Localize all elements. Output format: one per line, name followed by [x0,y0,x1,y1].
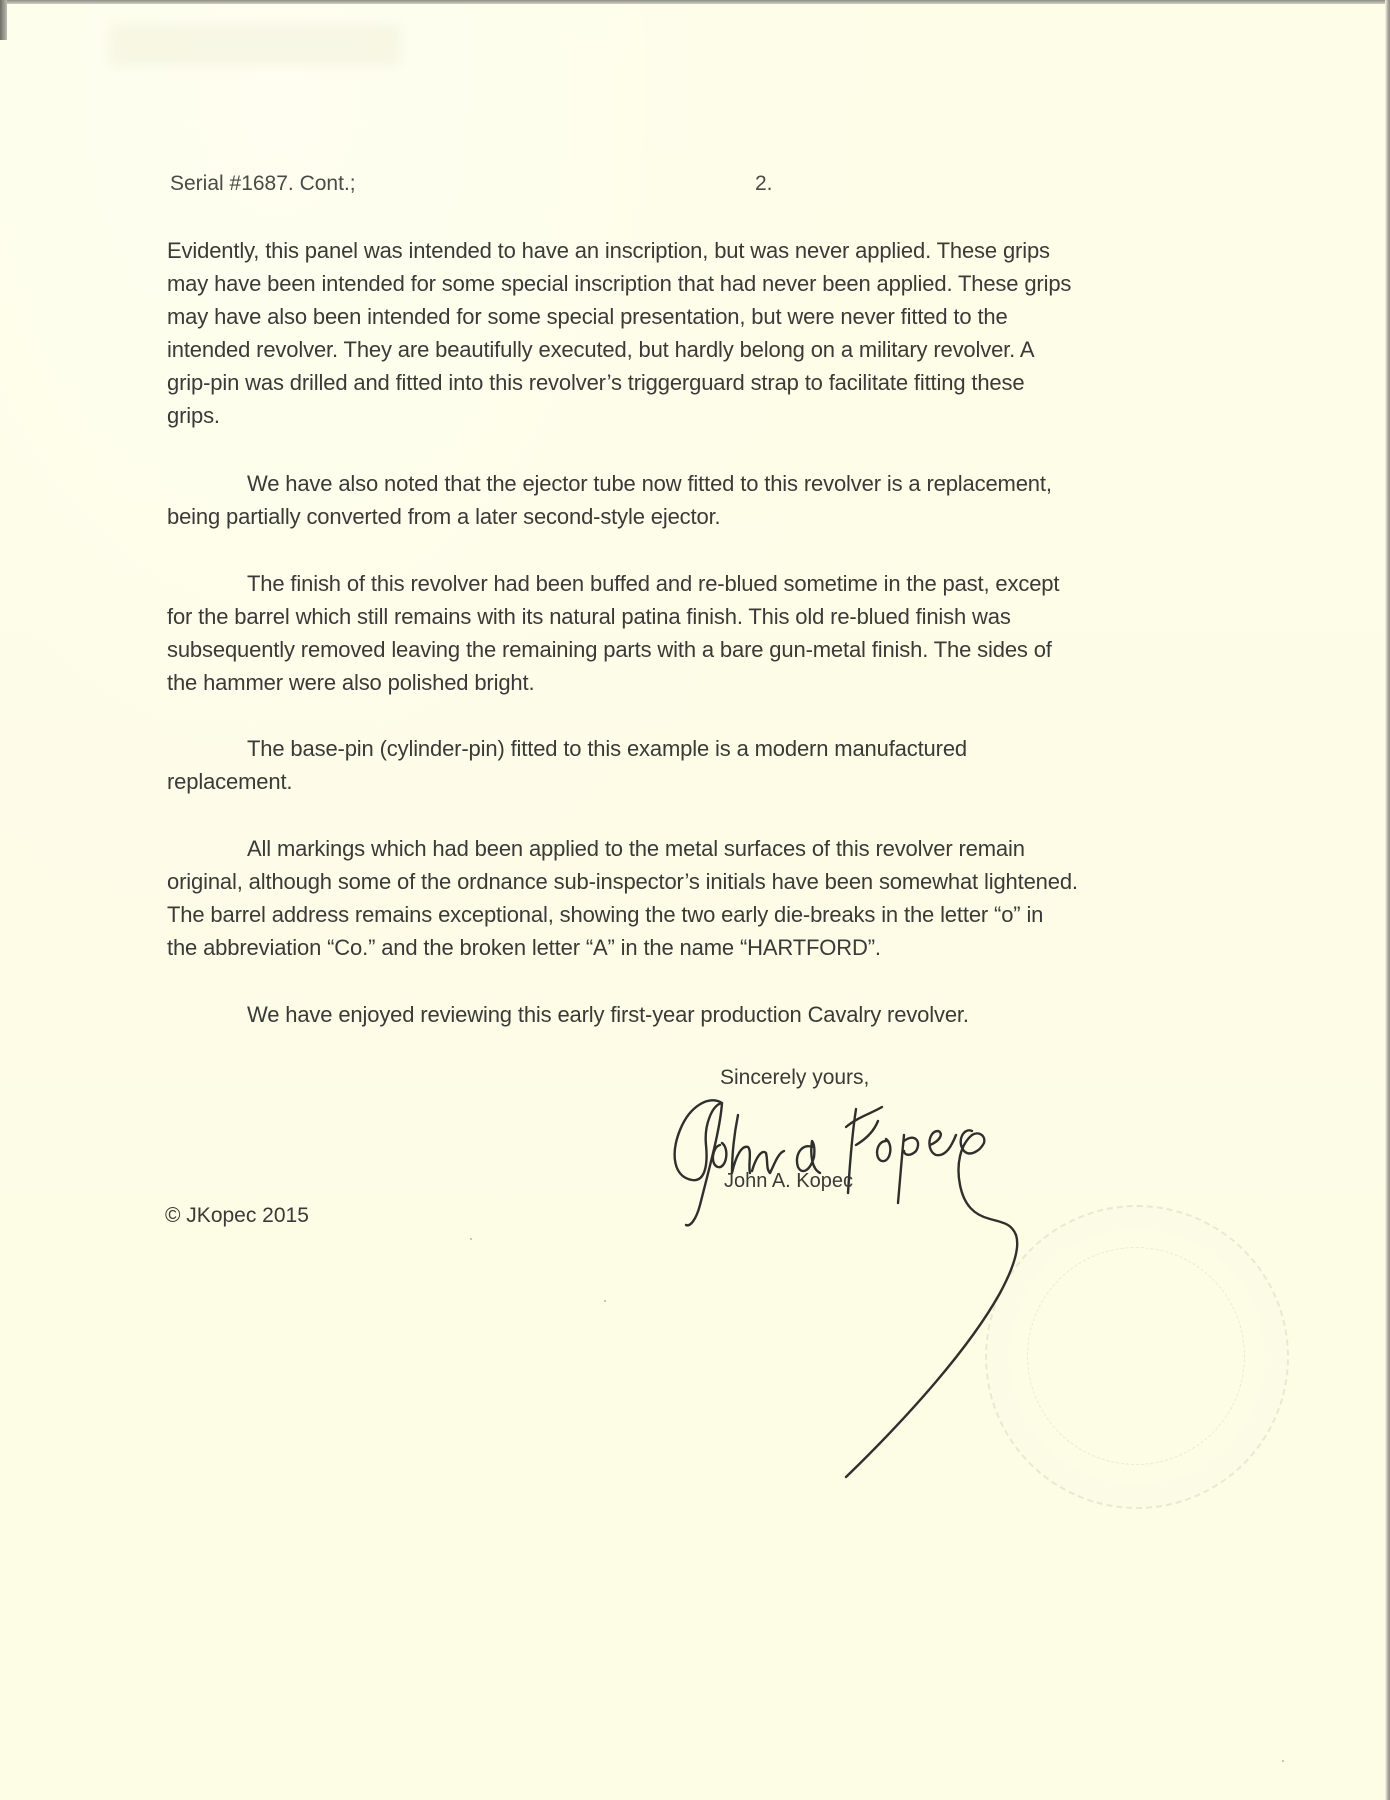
scan-edge-top [0,0,1390,4]
text-line: grips. [167,399,1071,432]
text-line: subsequently removed leaving the remaini… [167,633,1059,666]
text-line: The barrel address remains exceptional, … [167,898,1078,931]
text-line: may have been intended for some special … [167,267,1071,300]
paragraph-markings: All markings which had been applied to t… [167,832,1078,964]
text-line: the hammer were also polished bright. [167,666,1059,699]
scan-speck [470,1238,472,1240]
text-line: intended revolver. They are beautifully … [167,333,1071,366]
text-line: for the barrel which still remains with … [167,600,1059,633]
paragraph-closing-remark: We have enjoyed reviewing this early fir… [167,998,969,1031]
serial-reference: Serial #1687. Cont.; [170,172,356,196]
text-line: The finish of this revolver had been buf… [167,567,1059,600]
scan-speck [604,1300,606,1302]
text-line: may have also been intended for some spe… [167,300,1071,333]
text-line: being partially converted from a later s… [167,500,1052,533]
text-line: Evidently, this panel was intended to ha… [167,234,1071,267]
scan-smudge [110,25,400,65]
text-line: We have enjoyed reviewing this early fir… [167,998,969,1031]
scan-edge-right [1385,0,1390,1800]
scan-speck [1282,1760,1284,1762]
text-line: the abbreviation “Co.” and the broken le… [167,931,1078,964]
text-line: replacement. [167,765,967,798]
paragraph-finish: The finish of this revolver had been buf… [167,567,1059,699]
text-line: We have also noted that the ejector tube… [167,467,1052,500]
text-line: grip-pin was drilled and fitted into thi… [167,366,1071,399]
signer-name: John A. Kopec [724,1170,853,1193]
scan-edge-left [0,0,7,40]
text-line: original, although some of the ordnance … [167,865,1078,898]
paragraph-grips: Evidently, this panel was intended to ha… [167,234,1071,432]
text-line: All markings which had been applied to t… [167,832,1078,865]
text-line: The base-pin (cylinder-pin) fitted to th… [167,732,967,765]
scanned-letter-page: Serial #1687. Cont.; 2. Evidently, this … [0,0,1390,1800]
paragraph-ejector: We have also noted that the ejector tube… [167,467,1052,533]
page-number: 2. [755,172,773,196]
signature-icon [660,1085,1160,1485]
paragraph-base-pin: The base-pin (cylinder-pin) fitted to th… [167,732,967,798]
copyright-notice: © JKopec 2015 [165,1204,309,1228]
